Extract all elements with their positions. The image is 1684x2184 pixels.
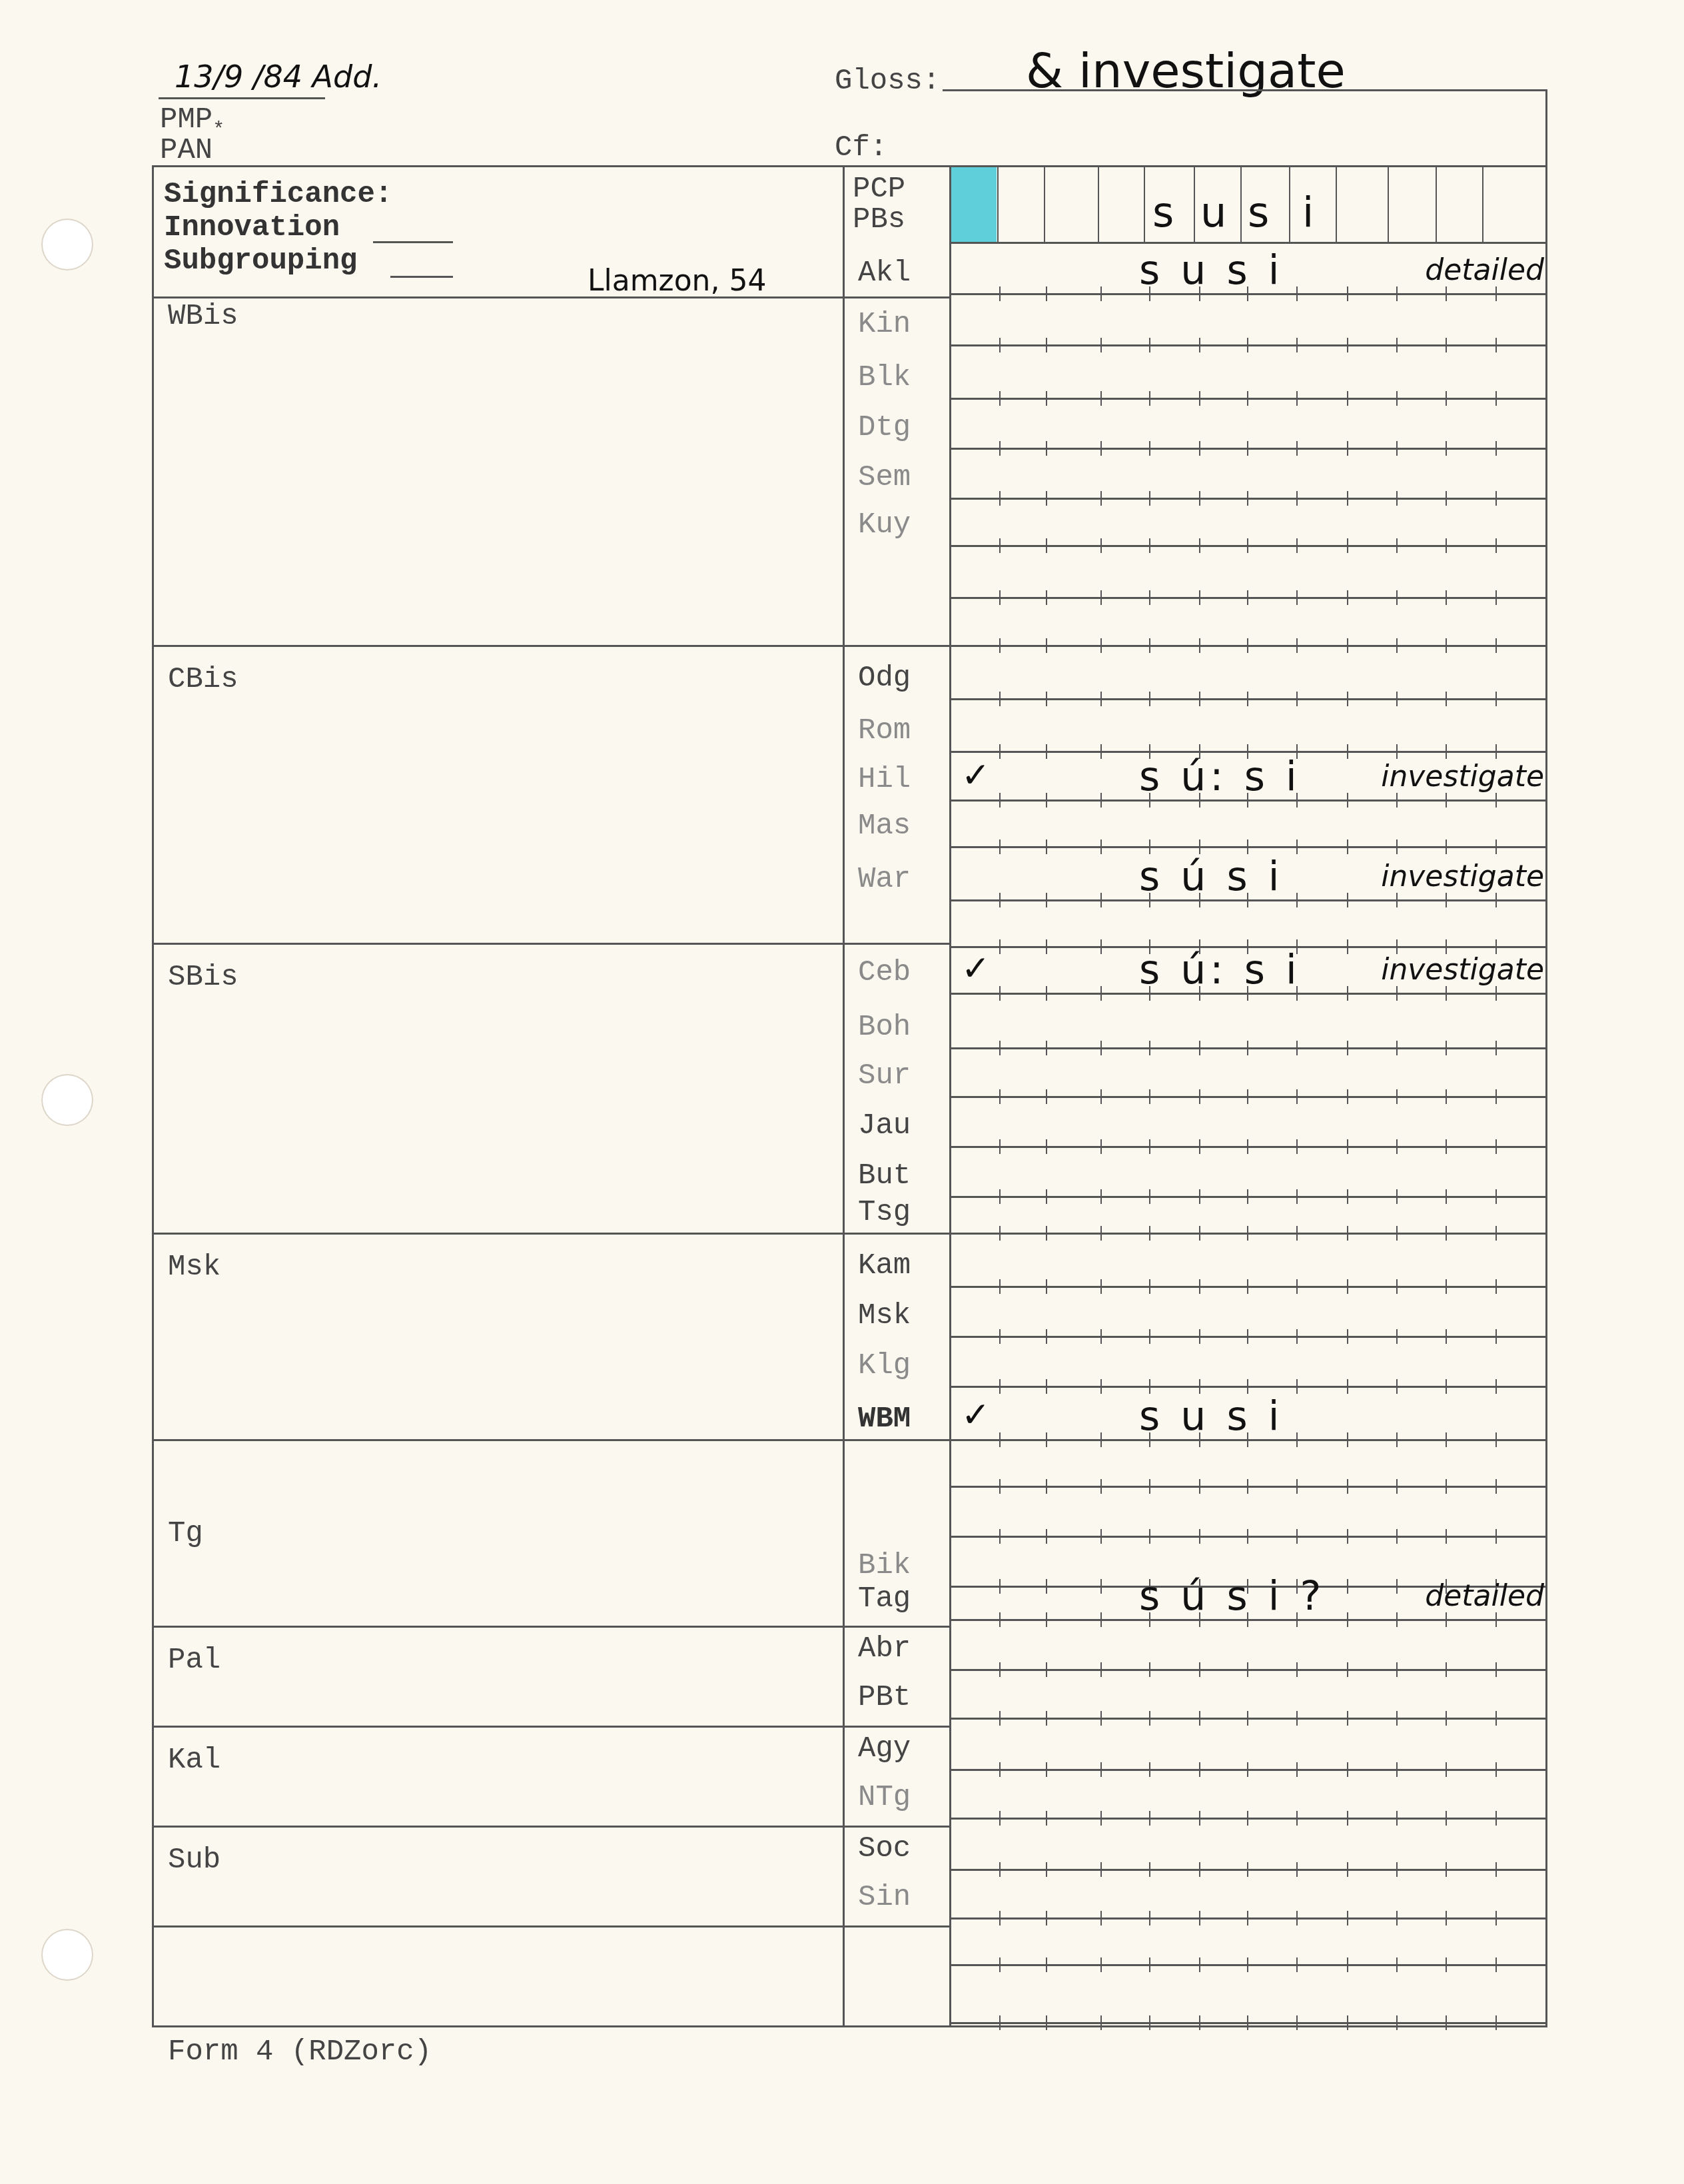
language-code-odg: Odg [858, 664, 911, 693]
section-divider [152, 1826, 949, 1828]
language-code-hil: Hil [858, 765, 911, 794]
proto-label-pcp: PCP [853, 175, 905, 204]
language-code-sur: Sur [858, 1061, 911, 1091]
grid-tick [1396, 1957, 1398, 1972]
label-column-divider [843, 1726, 949, 1728]
language-code-tsg: Tsg [858, 1198, 911, 1227]
language-entry-row[interactable] [949, 1822, 1545, 1869]
language-code-pbt: PBt [858, 1683, 911, 1712]
language-code-msk: Msk [858, 1301, 911, 1331]
proto-row-bottom [949, 242, 1545, 244]
grid-tick [1149, 1957, 1150, 1972]
language-code-ceb: Ceb [858, 958, 911, 987]
grid-tick [1046, 1957, 1047, 1972]
grid-tick [1199, 1957, 1200, 1972]
language-code-war: War [858, 865, 911, 894]
proto-cell-divider [1144, 165, 1145, 243]
grid-tick [1199, 1479, 1200, 1494]
grid-tick [1149, 1479, 1150, 1494]
proto-cell-divider [1194, 165, 1195, 243]
grid-tick [1149, 638, 1150, 653]
section-notes-area[interactable] [155, 1235, 840, 1436]
grid-tick [1149, 2015, 1150, 2030]
grid-tick [1396, 638, 1398, 653]
language-entry-row[interactable]: ✓s ú: s iinvestigate [949, 946, 1545, 993]
label-column-divider [843, 1626, 949, 1628]
language-entry-row[interactable] [949, 1049, 1545, 1096]
language-entry-row[interactable] [949, 351, 1545, 398]
language-entry-row[interactable] [949, 1671, 1545, 1718]
section-notes-area[interactable] [155, 1828, 840, 1923]
proto-cell-divider [1482, 165, 1483, 243]
grid-tick [1347, 638, 1348, 653]
language-code-soc: Soc [858, 1834, 911, 1864]
language-entry-row[interactable] [949, 1871, 1545, 1917]
language-entry-row[interactable] [949, 652, 1545, 698]
label-column-divider [843, 1826, 949, 1828]
language-entry-row[interactable]: s u s idetailed [949, 247, 1545, 293]
date-underline [159, 97, 325, 99]
language-code-kam: Kam [858, 1251, 911, 1281]
section-notes-area[interactable] [155, 1442, 840, 1623]
grid-tick [1149, 590, 1150, 605]
language-entry-row[interactable]: ✓s ú: s iinvestigate [949, 753, 1545, 800]
grid-tick [1495, 1479, 1497, 1494]
language-code-blk: Blk [858, 363, 911, 392]
punch-hole-top [41, 219, 93, 271]
grid-tick [1247, 590, 1248, 605]
reflex-form: s ú: s i [1139, 950, 1301, 990]
grid-tick [1100, 590, 1102, 605]
reflex-gloss: investigate [1381, 762, 1544, 792]
frame-bottom [152, 2025, 1545, 2027]
section-divider [152, 1626, 949, 1628]
reflex-form: s u s i [1139, 1396, 1283, 1436]
proto-segment[interactable]: u [1200, 192, 1226, 233]
language-entry-row[interactable] [949, 704, 1545, 751]
grid-tick [999, 2015, 1001, 2030]
pmp-text: PMP [160, 103, 212, 137]
language-code-wbm: WBM [858, 1404, 911, 1434]
grid-tick [1495, 638, 1497, 653]
section-divider [152, 296, 949, 298]
grid-tick [1495, 1957, 1497, 1972]
grid-tick [1046, 2015, 1047, 2030]
language-code-tag: Tag [858, 1584, 911, 1614]
language-entry-row[interactable] [949, 800, 1545, 846]
form-label: Form 4 (RDZorc) [168, 2037, 432, 2067]
language-entry-row[interactable] [949, 401, 1545, 448]
proto-cell-divider [1388, 165, 1389, 243]
grid-tick [1296, 1957, 1298, 1972]
grid-tick [1347, 1479, 1348, 1494]
grid-tick [999, 638, 1001, 653]
grid-tick [999, 590, 1001, 605]
grid-tick [1396, 2015, 1398, 2030]
grid-tick [1296, 1479, 1298, 1494]
grid-tick [1446, 1957, 1447, 1972]
language-entry-row[interactable] [949, 451, 1545, 498]
language-entry-row[interactable] [949, 1239, 1545, 1286]
grid-tick [1495, 2015, 1497, 2030]
language-entry-row[interactable] [949, 1722, 1545, 1769]
section-notes-area[interactable] [155, 648, 840, 940]
proto-segment[interactable]: s [1248, 192, 1269, 233]
proto-cell-divider [1044, 165, 1045, 243]
reflex-form: s ú s i [1139, 857, 1283, 897]
language-entry-row[interactable] [949, 1186, 1545, 1233]
language-code-klg: Klg [858, 1351, 911, 1380]
grid-tick [1347, 2015, 1348, 2030]
significance-title: Significance: [164, 180, 392, 209]
language-code-jau: Jau [858, 1111, 911, 1141]
proto-segment[interactable]: i [1302, 192, 1314, 233]
reflex-gloss: investigate [1381, 955, 1544, 985]
language-code-rom: Rom [858, 716, 911, 746]
label-column-divider [843, 943, 949, 945]
proto-cell-divider [1098, 165, 1099, 243]
label-column-divider [843, 1233, 949, 1235]
grid-tick [1100, 638, 1102, 653]
gloss-label: Gloss: [835, 67, 940, 96]
language-entry-row[interactable] [949, 1771, 1545, 1818]
proto-cell-divider [1289, 165, 1290, 243]
left-box-left-edge [152, 165, 154, 2027]
section-notes-area[interactable] [155, 299, 840, 642]
language-entry-row[interactable]: s ú s iinvestigate [949, 853, 1545, 899]
grid-tick [1247, 1479, 1248, 1494]
grid-tick [1100, 1479, 1102, 1494]
cf-label: Cf: [835, 133, 887, 163]
language-entry-row[interactable] [949, 1289, 1545, 1336]
pan-label: PAN [160, 136, 212, 165]
grid-tick [1296, 590, 1298, 605]
proto-segment[interactable]: s [1152, 192, 1174, 233]
innovation-blank[interactable] [373, 241, 453, 243]
proto-cell-divider [997, 165, 999, 243]
language-entry-row[interactable]: s ú s i ?detailed [949, 1572, 1545, 1619]
reflex-gloss: detailed [1425, 256, 1544, 285]
language-entry-row[interactable] [949, 498, 1545, 545]
grid-tick [1247, 2015, 1248, 2030]
highlight-marker [951, 167, 997, 242]
label-column-divider [843, 645, 949, 647]
date-note: 13/9 /84 Add. [175, 61, 382, 92]
grid-tick [1100, 1957, 1102, 1972]
grid-tick [1046, 1479, 1047, 1494]
grid-tick [1347, 590, 1348, 605]
punch-hole-bottom [41, 1929, 93, 1981]
proto-cell-divider [1336, 165, 1337, 243]
proto-label-pbs: PBs [853, 205, 905, 235]
section-divider [152, 943, 949, 945]
grid-tick [1446, 2015, 1447, 2030]
proto-cell-divider [1240, 165, 1242, 243]
language-entry-row[interactable] [949, 298, 1545, 344]
section-divider [152, 1439, 949, 1441]
reflex-form: s ú s i ? [1139, 1576, 1325, 1616]
language-code-bik: Bik [858, 1551, 911, 1580]
section-notes-area[interactable] [155, 1628, 840, 1723]
left-box-right-edge [843, 165, 845, 2027]
grid-tick [1199, 590, 1200, 605]
reflex-form: s ú: s i [1139, 757, 1301, 797]
proto-cell-divider [1436, 165, 1437, 243]
innovation-label: Innovation [164, 213, 340, 243]
language-code-agy: Agy [858, 1734, 911, 1764]
grid-tick [1296, 2015, 1298, 2030]
section-divider [152, 1726, 949, 1728]
language-entry-row[interactable] [949, 1622, 1545, 1669]
language-entry-row[interactable] [949, 1099, 1545, 1146]
grid-tick [1247, 1957, 1248, 1972]
pmp-mark: * [212, 119, 224, 142]
language-code-sem: Sem [858, 463, 911, 492]
reflex-gloss: investigate [1381, 862, 1544, 891]
subgrouping-blank[interactable] [390, 276, 453, 278]
grid-tick [1446, 638, 1447, 653]
language-code-kin: Kin [858, 310, 911, 339]
language-code-but: But [858, 1161, 911, 1191]
check-mark-icon: ✓ [961, 951, 991, 986]
gloss-value[interactable]: & investigate [1026, 47, 1346, 95]
grid-tick [1396, 590, 1398, 605]
language-code-akl: Akl [858, 259, 911, 288]
language-code-boh: Boh [858, 1013, 911, 1042]
language-entry-row[interactable] [949, 1339, 1545, 1386]
reflex-gloss: detailed [1425, 1582, 1544, 1611]
grid-tick [999, 1957, 1001, 1972]
section-notes-area[interactable] [155, 945, 840, 1230]
gloss-underline [943, 89, 1547, 91]
language-entry-row[interactable]: ✓s u s i [949, 1392, 1545, 1439]
grid-tick [1396, 1479, 1398, 1494]
check-mark-icon: ✓ [961, 758, 991, 793]
grid-tick [1446, 590, 1447, 605]
grid-tick [1446, 1479, 1447, 1494]
grid-tick [999, 1479, 1001, 1494]
label-column-divider [843, 1925, 949, 1927]
language-code-ntg: NTg [858, 1783, 911, 1812]
language-code-kuy: Kuy [858, 510, 911, 540]
language-code-dtg: Dtg [858, 413, 911, 442]
language-entry-row[interactable] [949, 1001, 1545, 1047]
grid-tick [1100, 2015, 1102, 2030]
grid-tick [1046, 590, 1047, 605]
section-divider [152, 1233, 949, 1235]
grid-tick [1495, 590, 1497, 605]
source-note: Llamzon, 54 [588, 267, 766, 296]
section-divider [152, 1925, 949, 1927]
language-code-sin: Sin [858, 1883, 911, 1912]
reflex-form: s u s i [1139, 251, 1283, 290]
grid-tick [1199, 638, 1200, 653]
frame-right-top [1545, 89, 1547, 166]
punch-hole-middle [41, 1074, 93, 1126]
subgrouping-label: Subgrouping [164, 247, 357, 276]
section-notes-area[interactable] [155, 1928, 840, 2023]
language-code-abr: Abr [858, 1634, 911, 1664]
label-column-divider [843, 1439, 949, 1441]
grid-right-edge [1545, 165, 1547, 2027]
section-divider [152, 645, 949, 647]
grid-tick [1296, 638, 1298, 653]
grid-tick [1199, 2015, 1200, 2030]
check-mark-icon: ✓ [961, 1398, 991, 1432]
language-code-mas: Mas [858, 812, 911, 841]
grid-tick [1046, 638, 1047, 653]
section-notes-area[interactable] [155, 1728, 840, 1823]
grid-tick [1347, 1957, 1348, 1972]
grid-tick [1247, 638, 1248, 653]
